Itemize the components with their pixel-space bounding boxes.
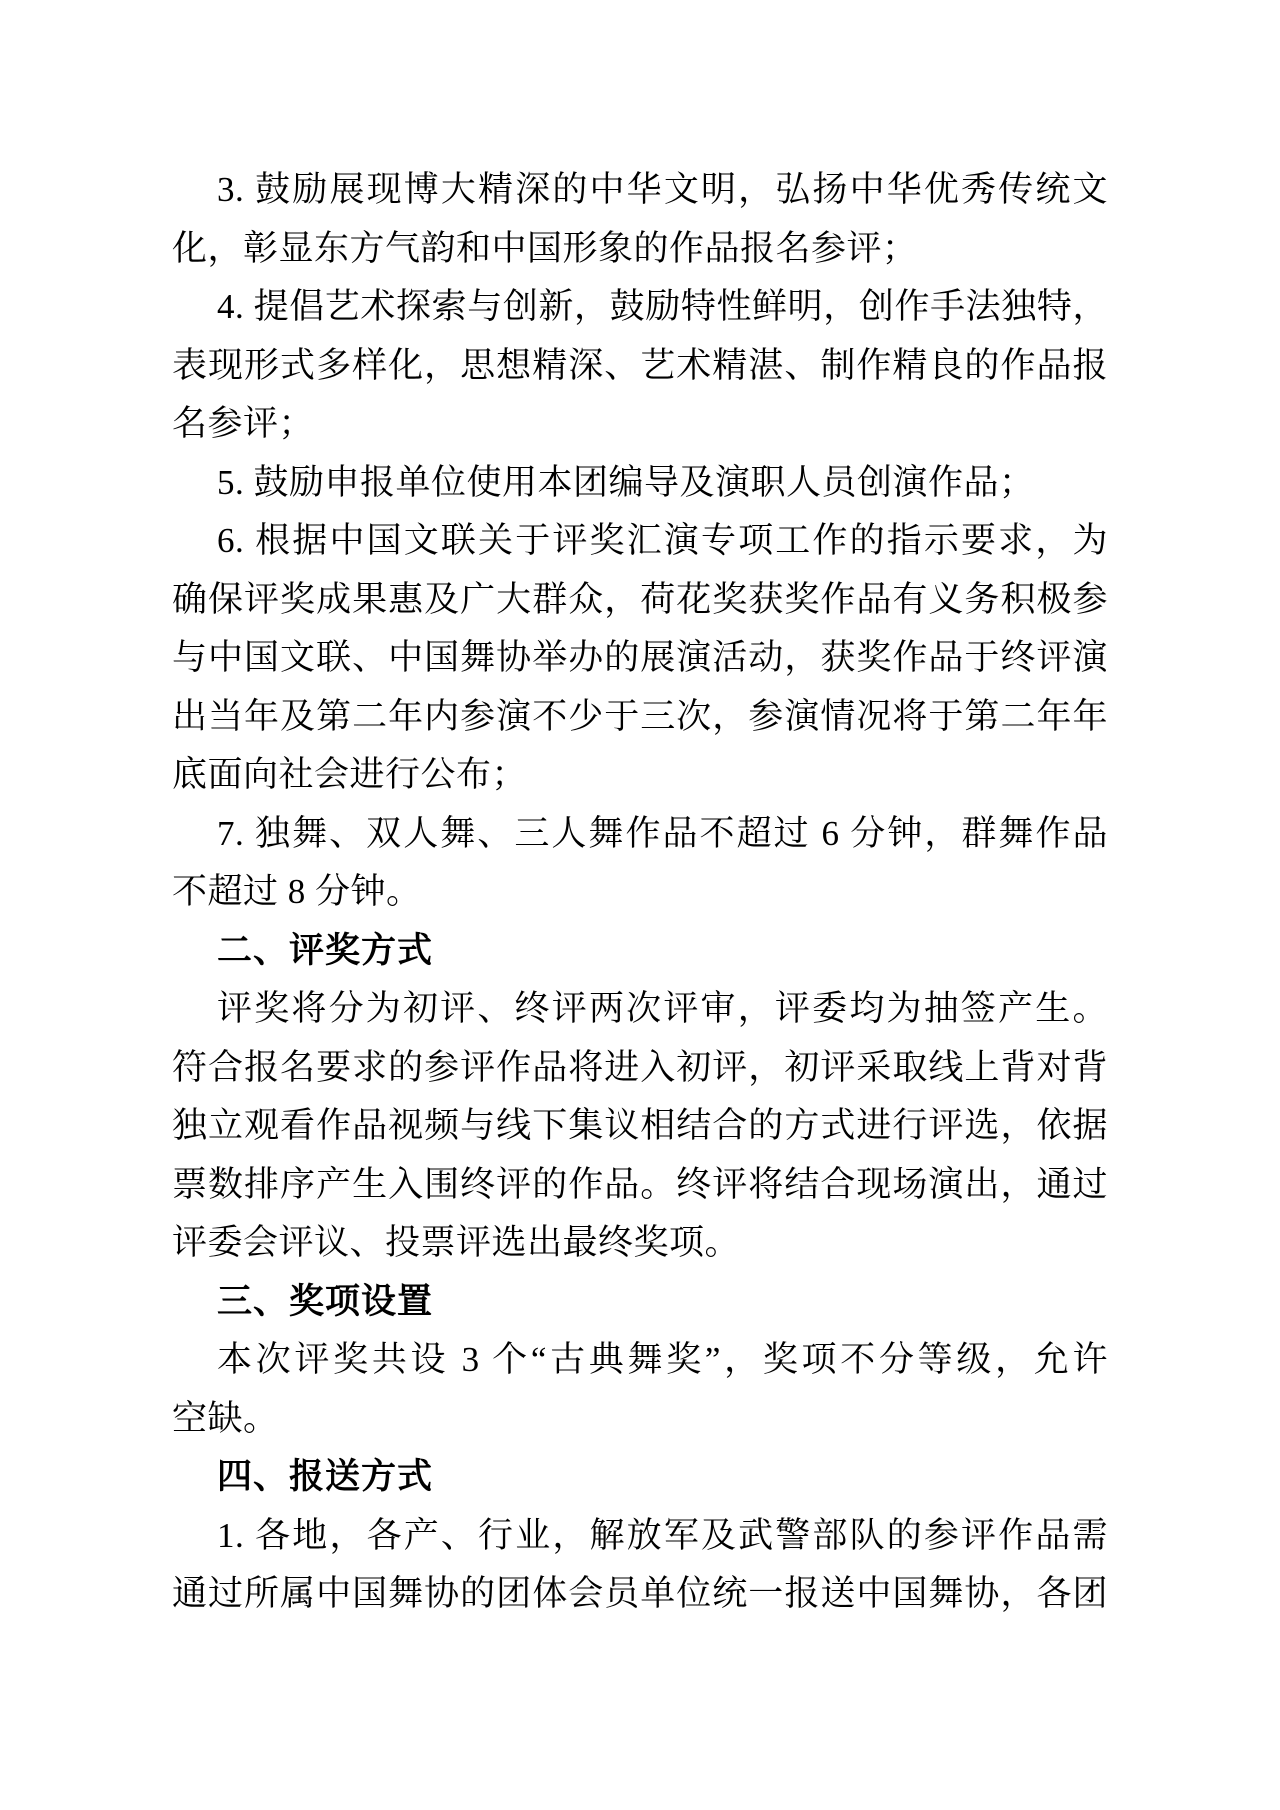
submission-item-1-line-1: 1. 各地，各产、行业，解放军及武警部队的参评作品需 [172, 1507, 1108, 1566]
item-6-line-5: 底面向社会进行公布； [172, 746, 1108, 805]
submission-item-1-line-2: 通过所属中国舞协的团体会员单位统一报送中国舞协，各团 [172, 1565, 1108, 1624]
method-para-line-4: 票数排序产生入围终评的作品。终评将结合现场演出，通过 [172, 1156, 1108, 1215]
method-para-line-2: 符合报名要求的参评作品将进入初评，初评采取线上背对背 [172, 1039, 1108, 1098]
item-4-line-2: 表现形式多样化，思想精深、艺术精湛、制作精良的作品报 [172, 337, 1108, 396]
item-6-line-4: 出当年及第二年内参演不少于三次，参演情况将于第二年年 [172, 688, 1108, 747]
item-4-line-1: 4. 提倡艺术探索与创新，鼓励特性鲜明，创作手法独特， [172, 278, 1108, 337]
item-6-line-3: 与中国文联、中国舞协举办的展演活动，获奖作品于终评演 [172, 629, 1108, 688]
item-7-line-2: 不超过 8 分钟。 [172, 863, 1108, 922]
section-heading-award-method: 二、评奖方式 [172, 922, 1108, 981]
method-para-line-5: 评委会评议、投票评选出最终奖项。 [172, 1214, 1108, 1273]
item-3-line-1: 3. 鼓励展现博大精深的中华文明，弘扬中华优秀传统文 [172, 161, 1108, 220]
item-4-line-3: 名参评； [172, 395, 1108, 454]
section-heading-submission: 四、报送方式 [172, 1448, 1108, 1507]
document-page: 3. 鼓励展现博大精深的中华文明，弘扬中华优秀传统文 化，彰显东方气韵和中国形象… [0, 0, 1280, 1810]
item-6-line-2: 确保评奖成果惠及广大群众，荷花奖获奖作品有义务积极参 [172, 571, 1108, 630]
method-para-line-3: 独立观看作品视频与线下集议相结合的方式进行评选，依据 [172, 1097, 1108, 1156]
setup-para-line-1: 本次评奖共设 3 个“古典舞奖”，奖项不分等级，允许 [172, 1331, 1108, 1390]
item-6-line-1: 6. 根据中国文联关于评奖汇演专项工作的指示要求，为 [172, 512, 1108, 571]
item-5-line-1: 5. 鼓励申报单位使用本团编导及演职人员创演作品； [172, 454, 1108, 513]
setup-para-line-2: 空缺。 [172, 1390, 1108, 1449]
item-3-line-2: 化，彰显东方气韵和中国形象的作品报名参评； [172, 220, 1108, 279]
section-heading-award-setup: 三、奖项设置 [172, 1273, 1108, 1332]
item-7-line-1: 7. 独舞、双人舞、三人舞作品不超过 6 分钟，群舞作品 [172, 805, 1108, 864]
method-para-line-1: 评奖将分为初评、终评两次评审，评委均为抽签产生。 [172, 980, 1108, 1039]
